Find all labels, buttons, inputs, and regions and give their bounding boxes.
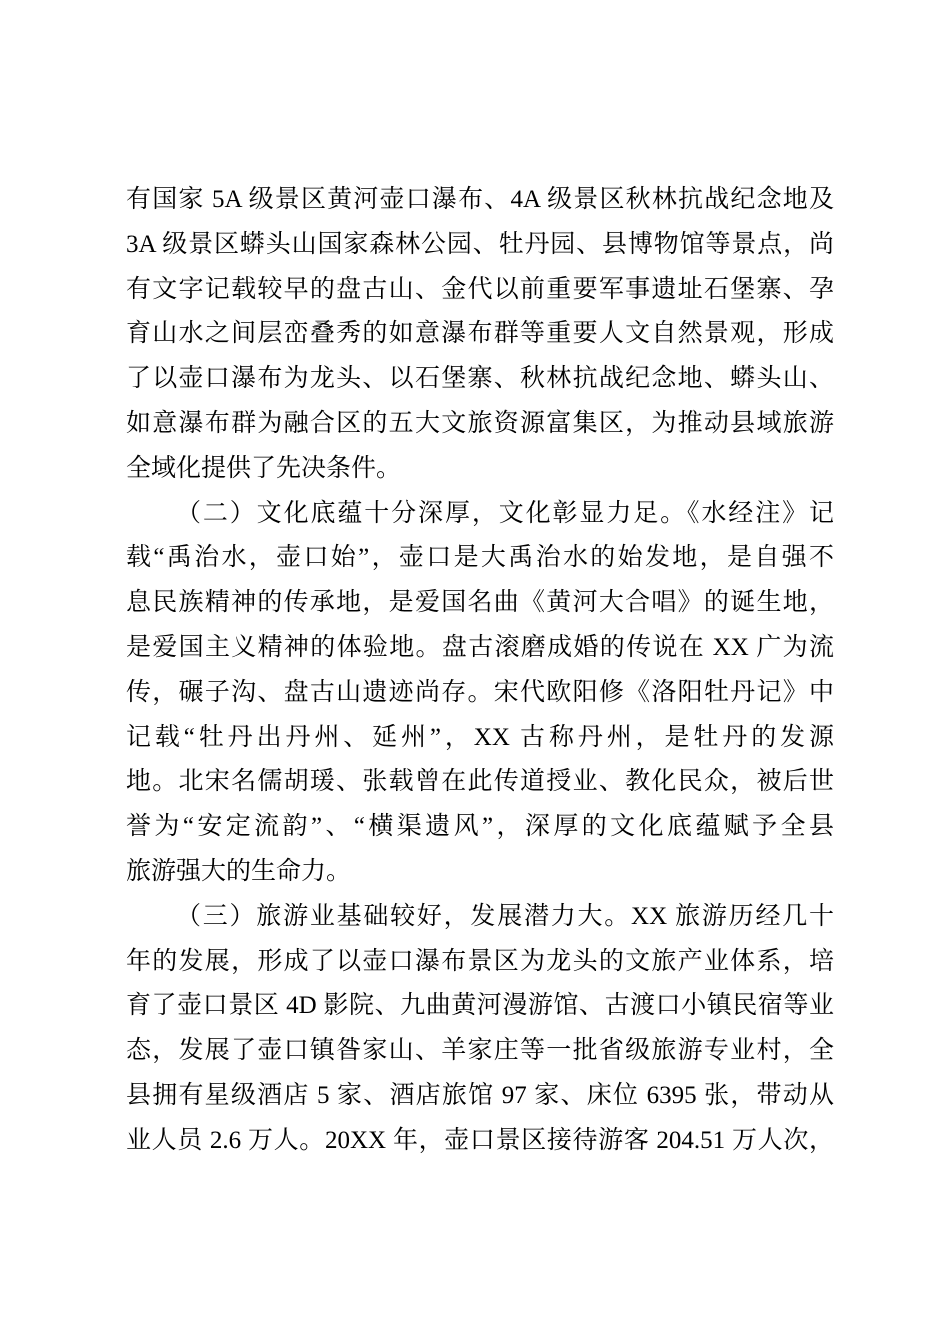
text-line: 育山水之间层峦叠秀的如意瀑布群等重要人文自然景观，形成 <box>126 312 834 357</box>
paragraph-section-2: （二）文化底蕴十分深厚，文化彰显力足。《水经注》记 载“禹治水，壶口始”，壶口是… <box>126 492 834 895</box>
text-line: 县拥有星级酒店 5 家、酒店旅馆 97 家、床位 6395 张，带动从 <box>126 1074 834 1119</box>
text-line: 传，碾子沟、盘古山遗迹尚存。宋代欧阳修《洛阳牡丹记》中 <box>126 671 834 716</box>
text-line: 是爱国主义精神的体验地。盘古滚磨成婚的传说在 XX 广为流 <box>126 626 834 671</box>
text-line: 了以壶口瀑布为龙头、以石堡寨、秋林抗战纪念地、蟒头山、 <box>126 357 834 402</box>
text-line: 年的发展，形成了以壶口瀑布景区为龙头的文旅产业体系，培 <box>126 940 834 985</box>
text-line: 旅游强大的生命力。 <box>126 850 834 895</box>
text-line: 有文字记载较早的盘古山、金代以前重要军事遗址石堡寨、孕 <box>126 268 834 313</box>
text-line: 如意瀑布群为融合区的五大文旅资源富集区，为推动县域旅游 <box>126 402 834 447</box>
paragraph-continuation: 有国家 5A 级景区黄河壶口瀑布、4A 级景区秋林抗战纪念地及 3A 级景区蟒头… <box>126 178 834 492</box>
paragraph-section-3: （三）旅游业基础较好，发展潜力大。XX 旅游历经几十 年的发展，形成了以壶口瀑布… <box>126 895 834 1164</box>
document-page: 有国家 5A 级景区黄河壶口瀑布、4A 级景区秋林抗战纪念地及 3A 级景区蟒头… <box>0 0 950 1344</box>
text-line: 地。北宋名儒胡瑗、张载曾在此传道授业、教化民众，被后世 <box>126 760 834 805</box>
section-heading-line: （二）文化底蕴十分深厚，文化彰显力足。《水经注》记 <box>126 492 834 537</box>
text-line: 有国家 5A 级景区黄河壶口瀑布、4A 级景区秋林抗战纪念地及 <box>126 178 834 223</box>
document-text: 有国家 5A 级景区黄河壶口瀑布、4A 级景区秋林抗战纪念地及 3A 级景区蟒头… <box>126 178 834 1164</box>
section-heading-line: （三）旅游业基础较好，发展潜力大。XX 旅游历经几十 <box>126 895 834 940</box>
text-line: 记载“牡丹出丹州、延州”，XX 古称丹州，是牡丹的发源 <box>126 716 834 761</box>
text-line: 载“禹治水，壶口始”，壶口是大禹治水的始发地，是自强不 <box>126 536 834 581</box>
text-line: 态，发展了壶口镇昝家山、羊家庄等一批省级旅游专业村，全 <box>126 1029 834 1074</box>
text-line: 育了壶口景区 4D 影院、九曲黄河漫游馆、古渡口小镇民宿等业 <box>126 984 834 1029</box>
text-line: 全域化提供了先决条件。 <box>126 447 834 492</box>
text-line: 誉为“安定流韵”、“横渠遗风”，深厚的文化底蕴赋予全县 <box>126 805 834 850</box>
text-line: 息民族精神的传承地，是爱国名曲《黄河大合唱》的诞生地， <box>126 581 834 626</box>
text-line: 3A 级景区蟒头山国家森林公园、牡丹园、县博物馆等景点，尚 <box>126 223 834 268</box>
text-line: 业人员 2.6 万人。20XX 年，壶口景区接待游客 204.51 万人次， <box>126 1119 834 1164</box>
